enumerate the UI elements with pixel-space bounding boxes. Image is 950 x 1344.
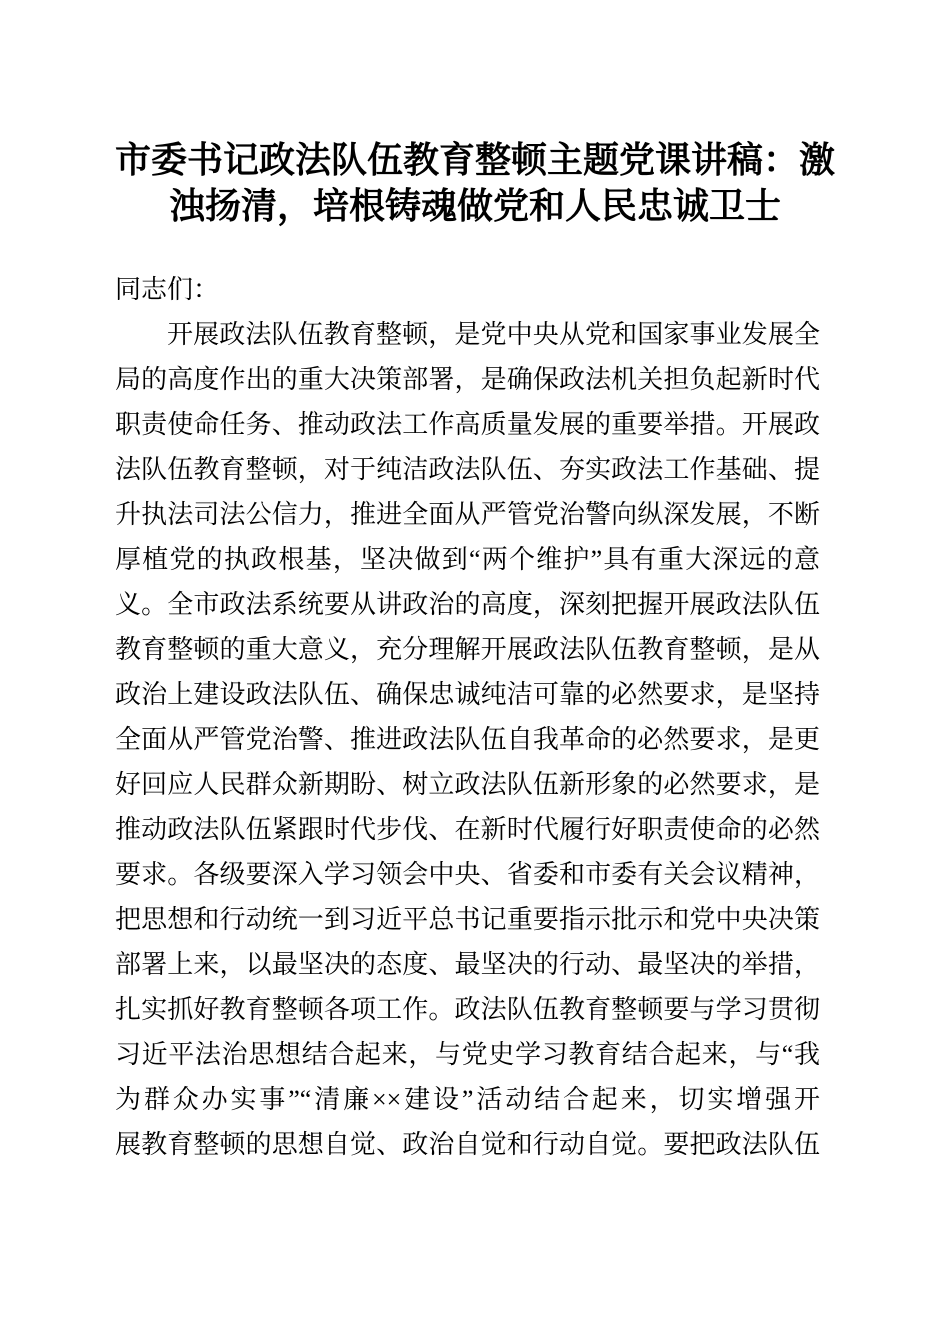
paragraph-line: 全面从严管党治警、推进政法队伍自我革命的必然要求，是更	[115, 717, 820, 762]
paragraph-line: 部署上来，以最坚决的态度、最坚决的行动、最坚决的举措，	[115, 942, 820, 987]
document-page: 市委书记政法队伍教育整顿主题党课讲稿：激 浊扬清，培根铸魂做党和人民忠诚卫士 同…	[0, 0, 950, 1344]
paragraph-line: 开展政法队伍教育整顿，是党中央从党和国家事业发展全	[115, 312, 820, 357]
paragraph-line: 局的高度作出的重大决策部署，是确保政法机关担负起新时代	[115, 357, 820, 402]
document-body: 同志们： 开展政法队伍教育整顿，是党中央从党和国家事业发展全局的高度作出的重大决…	[115, 267, 820, 1167]
paragraph-line: 厚植党的执政根基，坚决做到“两个维护”具有重大深远的意	[115, 537, 820, 582]
paragraph-line: 职责使命任务、推动政法工作高质量发展的重要举措。开展政	[115, 402, 820, 447]
paragraph-line: 义。全市政法系统要从讲政治的高度，深刻把握开展政法队伍	[115, 582, 820, 627]
paragraph-line: 习近平法治思想结合起来，与党史学习教育结合起来，与“我	[115, 1032, 820, 1077]
paragraph-line: 推动政法队伍紧跟时代步伐、在新时代履行好职责使命的必然	[115, 807, 820, 852]
paragraph-line: 好回应人民群众新期盼、树立政法队伍新形象的必然要求，是	[115, 762, 820, 807]
paragraph-line: 扎实抓好教育整顿各项工作。政法队伍教育整顿要与学习贯彻	[115, 987, 820, 1032]
body-paragraph: 开展政法队伍教育整顿，是党中央从党和国家事业发展全局的高度作出的重大决策部署，是…	[115, 312, 820, 1167]
salutation: 同志们：	[115, 267, 820, 312]
document-title-line-1: 市委书记政法队伍教育整顿主题党课讲稿：激	[0, 137, 950, 183]
paragraph-line: 教育整顿的重大意义，充分理解开展政法队伍教育整顿，是从	[115, 627, 820, 672]
paragraph-line: 展教育整顿的思想自觉、政治自觉和行动自觉。要把政法队伍	[115, 1122, 820, 1167]
paragraph-line: 为群众办实事”“清廉××建设”活动结合起来，切实增强开	[115, 1077, 820, 1122]
paragraph-line: 升执法司法公信力，推进全面从严管党治警向纵深发展，不断	[115, 492, 820, 537]
paragraph-line: 把思想和行动统一到习近平总书记重要指示批示和党中央决策	[115, 897, 820, 942]
paragraph-line: 政治上建设政法队伍、确保忠诚纯洁可靠的必然要求，是坚持	[115, 672, 820, 717]
document-title-line-2: 浊扬清，培根铸魂做党和人民忠诚卫士	[0, 183, 950, 229]
paragraph-line: 法队伍教育整顿，对于纯洁政法队伍、夯实政法工作基础、提	[115, 447, 820, 492]
paragraph-line: 要求。各级要深入学习领会中央、省委和市委有关会议精神，	[115, 852, 820, 897]
document-title: 市委书记政法队伍教育整顿主题党课讲稿：激 浊扬清，培根铸魂做党和人民忠诚卫士	[0, 137, 950, 229]
